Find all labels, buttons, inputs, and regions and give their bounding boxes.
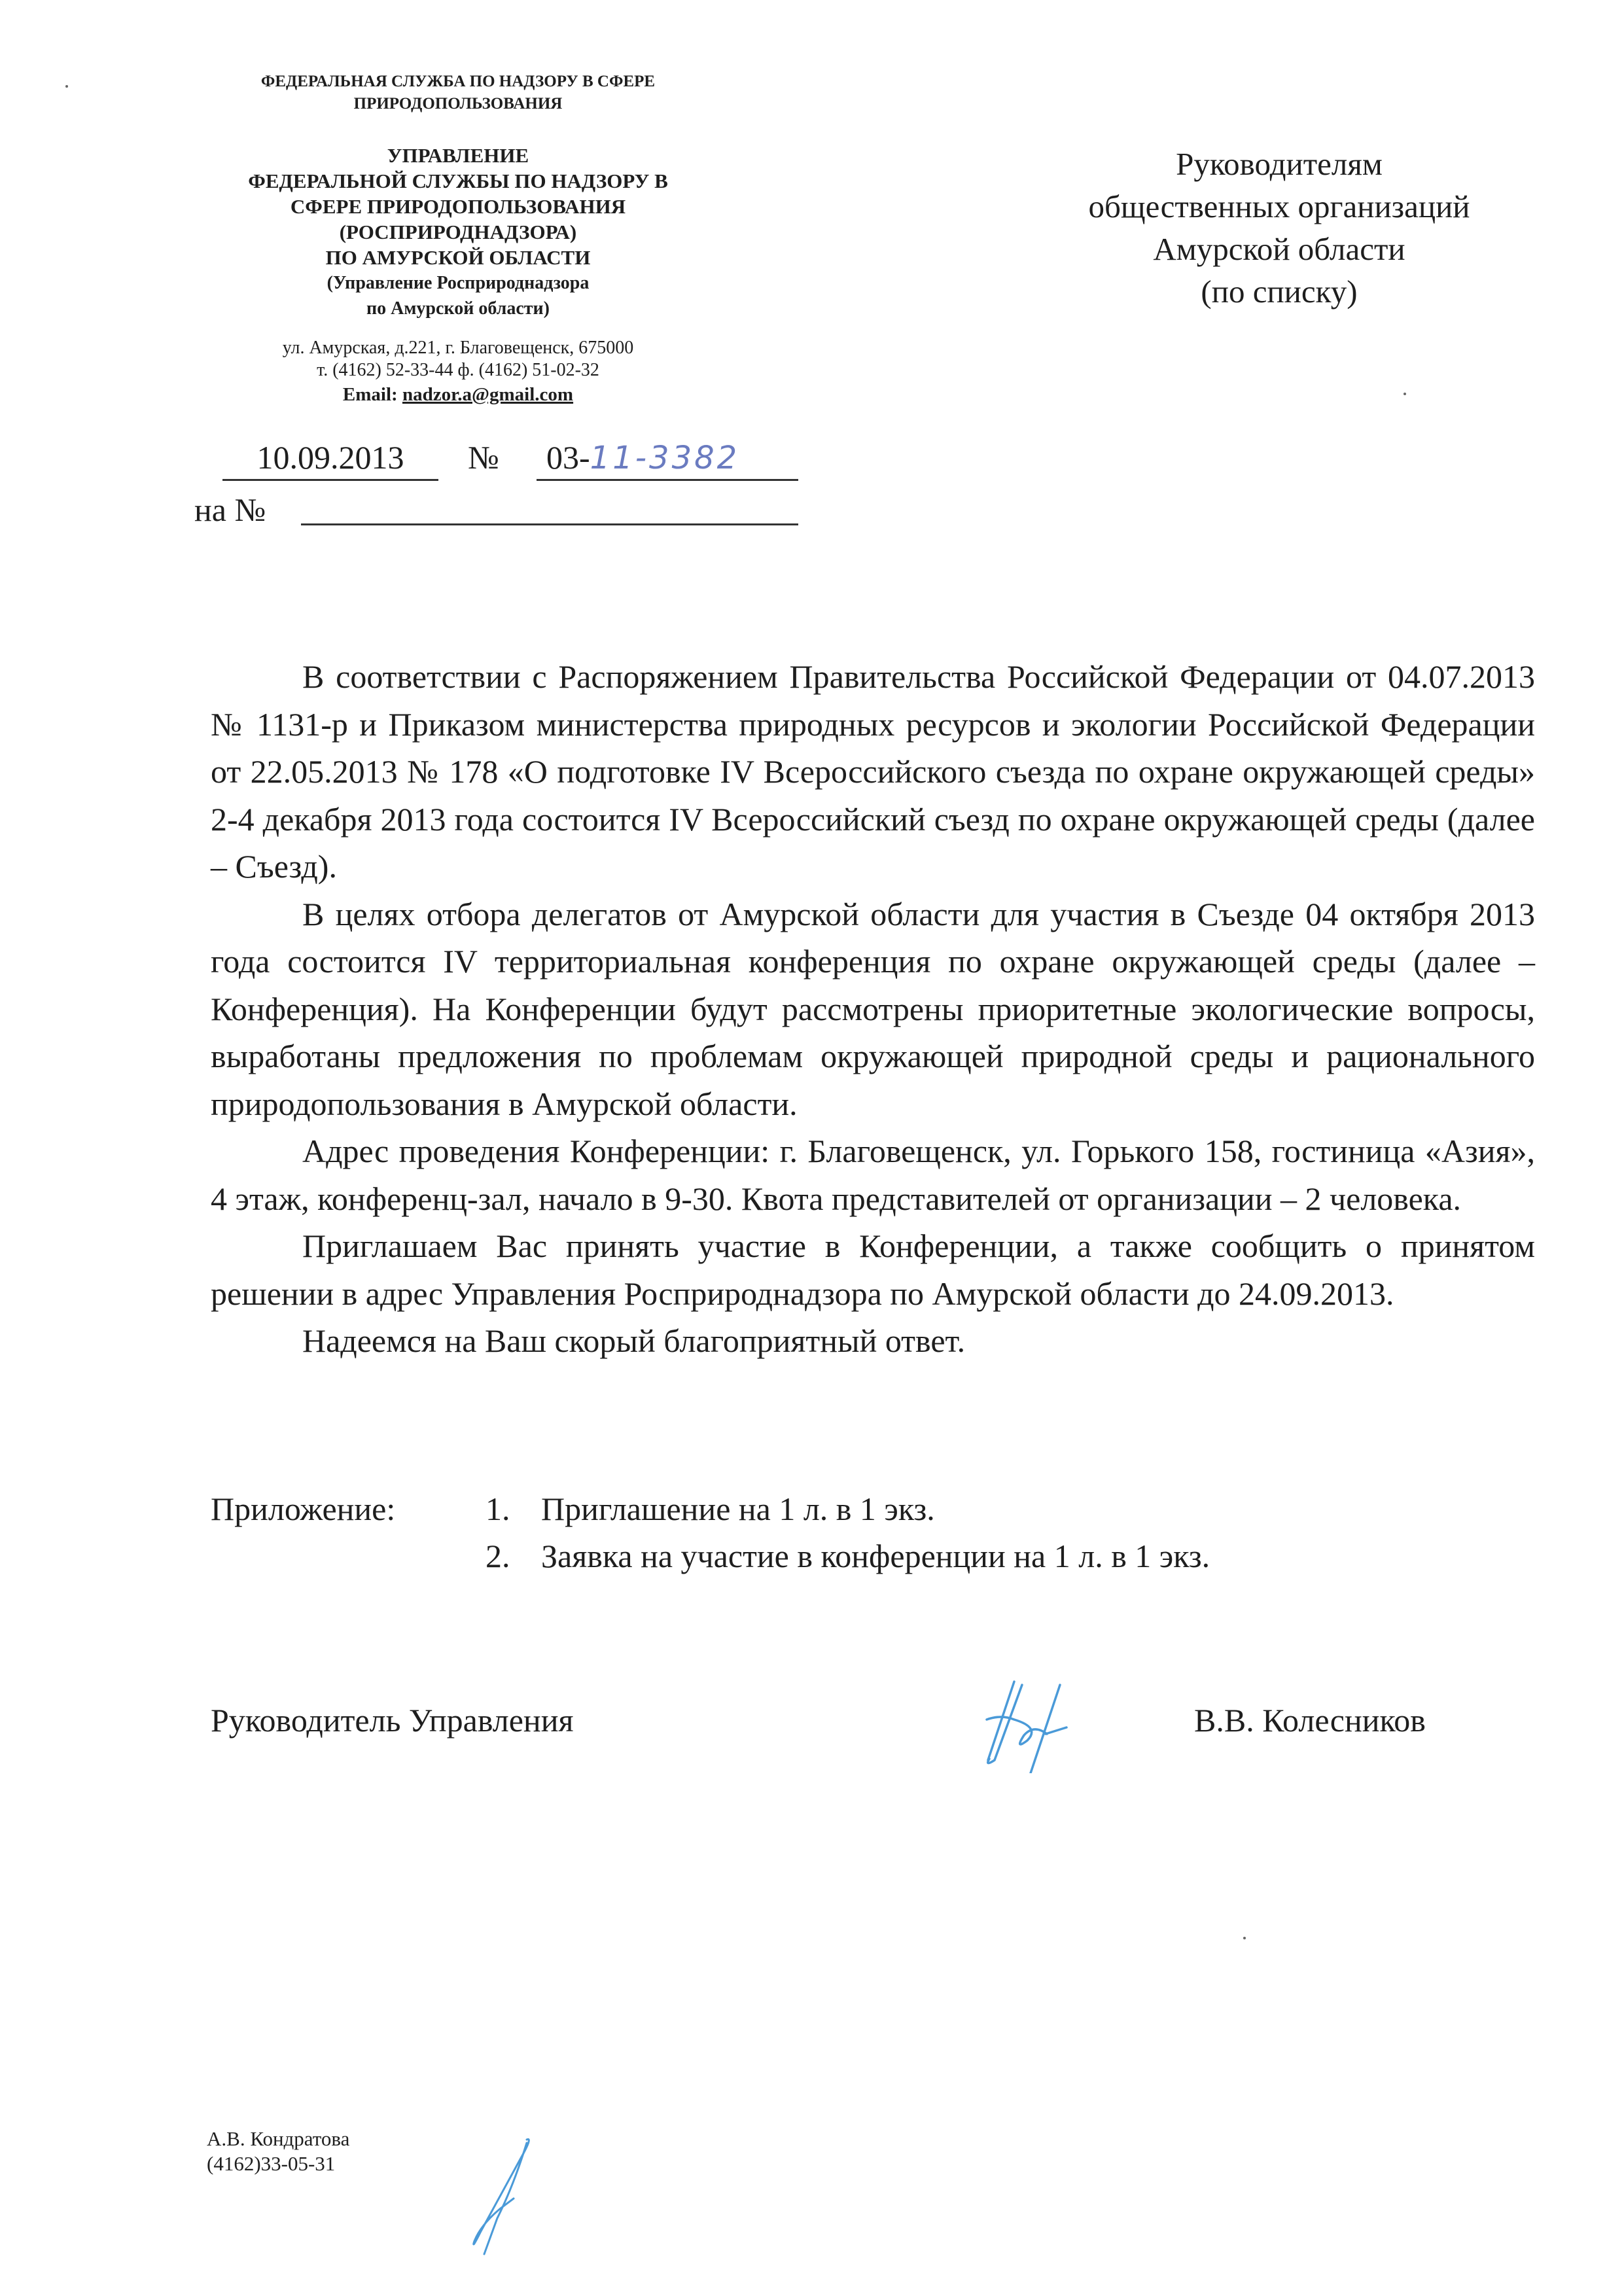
signatory-title: Руководитель Управления xyxy=(211,1701,573,1739)
number-sign: № xyxy=(468,438,499,476)
recipient-line: Руководителям xyxy=(1040,143,1518,185)
scan-speck xyxy=(1403,393,1406,395)
document-date: 10.09.2013 xyxy=(222,438,438,481)
department-line: (РОСПРИРОДНАДЗОРА) xyxy=(216,219,700,245)
scan-speck xyxy=(1338,1246,1341,1249)
document-number-printed: 03- xyxy=(546,439,590,476)
body-paragraph: Адрес проведения Конференции: г. Благове… xyxy=(211,1127,1535,1222)
attachments-list: 1.Приглашение на 1 л. в 1 экз. 2.Заявка … xyxy=(485,1485,1210,1580)
email-label: Email: xyxy=(343,384,398,405)
signatory-name: В.В. Колесников xyxy=(1194,1701,1426,1739)
department-short-name: по Амурской области) xyxy=(216,296,700,321)
executor-name: А.В. Кондратова xyxy=(207,2127,349,2151)
body-paragraph: Приглашаем Вас принять участие в Конфере… xyxy=(211,1222,1535,1317)
department-short-name: (Управление Росприроднадзора xyxy=(216,270,700,296)
recipient-block: Руководителям общественных организаций А… xyxy=(1040,143,1518,313)
email-row: Email: nadzor.a@gmail.com xyxy=(216,383,700,406)
letter-body: В соответствии с Распоряжением Правитель… xyxy=(211,653,1535,1365)
scan-speck xyxy=(1243,1937,1246,1939)
email-link[interactable]: nadzor.a@gmail.com xyxy=(402,384,573,405)
attachments-label: Приложение: xyxy=(211,1485,395,1532)
department-line: ФЕДЕРАЛЬНОЙ СЛУЖБЫ ПО НАДЗОРУ В xyxy=(216,168,700,194)
agency-header: ФЕДЕРАЛЬНАЯ СЛУЖБА ПО НАДЗОРУ В СФЕРЕ ПР… xyxy=(216,71,700,115)
agency-name-line-1: ФЕДЕРАЛЬНАЯ СЛУЖБА ПО НАДЗОРУ В СФЕРЕ xyxy=(216,71,700,93)
recipient-line: Амурской области xyxy=(1040,228,1518,270)
attachment-item: 2.Заявка на участие в конференции на 1 л… xyxy=(485,1532,1210,1580)
reply-to-number-field xyxy=(301,523,798,525)
document-number: 03-11-3382 xyxy=(537,438,798,481)
recipient-line: (по списку) xyxy=(1040,270,1518,313)
body-paragraph: В соответствии с Распоряжением Правитель… xyxy=(211,653,1535,891)
department-line: СФЕРЕ ПРИРОДОПОЛЬЗОВАНИЯ xyxy=(216,194,700,219)
department-line: ПО АМУРСКОЙ ОБЛАСТИ xyxy=(216,245,700,270)
department-line: УПРАВЛЕНИЕ xyxy=(216,143,700,168)
recipient-line: общественных организаций xyxy=(1040,185,1518,228)
agency-name-line-2: ПРИРОДОПОЛЬЗОВАНИЯ xyxy=(216,93,700,115)
executor-phone: (4162)33-05-31 xyxy=(207,2151,349,2176)
phone-fax: т. (4162) 52-33-44 ф. (4162) 51-02-32 xyxy=(216,359,700,381)
attachment-item: 1.Приглашение на 1 л. в 1 экз. xyxy=(485,1485,1210,1532)
reply-to-label: на № xyxy=(194,491,266,529)
scan-speck xyxy=(65,85,68,88)
document-number-handwritten: 11-3382 xyxy=(590,440,740,476)
postal-address: ул. Амурская, д.221, г. Благовещенск, 67… xyxy=(216,337,700,359)
handwritten-signature-icon xyxy=(968,1662,1139,1776)
executor-block: А.В. Кондратова (4162)33-05-31 xyxy=(207,2127,349,2176)
body-paragraph: Надеемся на Ваш скорый благоприятный отв… xyxy=(211,1317,1535,1365)
initials-mark-icon xyxy=(435,2127,546,2261)
contact-block: ул. Амурская, д.221, г. Благовещенск, 67… xyxy=(216,337,700,381)
body-paragraph: В целях отбора делегатов от Амурской обл… xyxy=(211,891,1535,1128)
department-header: УПРАВЛЕНИЕ ФЕДЕРАЛЬНОЙ СЛУЖБЫ ПО НАДЗОРУ… xyxy=(216,143,700,321)
